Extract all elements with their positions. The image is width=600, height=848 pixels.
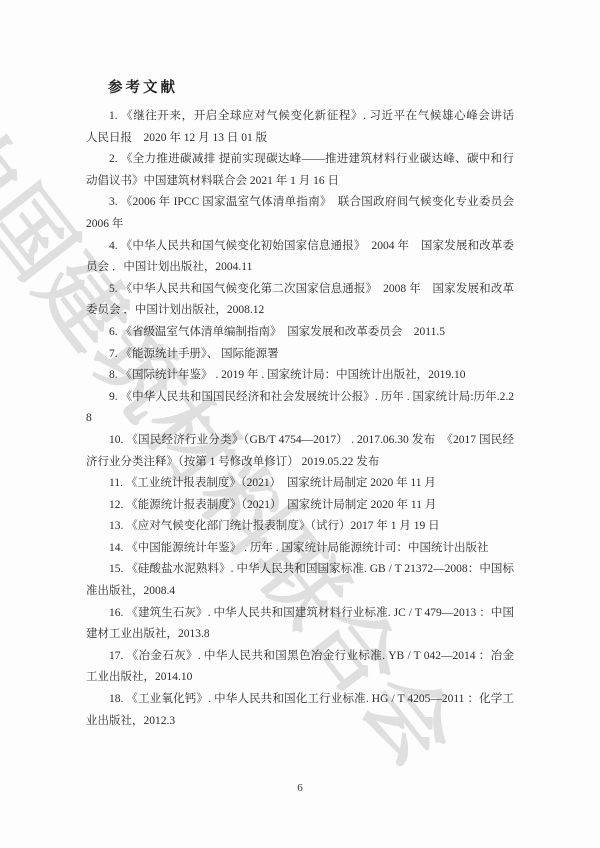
page-number: 6 bbox=[0, 782, 600, 794]
reference-item: 13. 《应对气候变化部门统计报表制度》（试行）2017 年 1 月 19 日 bbox=[86, 516, 514, 538]
reference-item: 8. 《国际统计年鉴》 . 2019 年 . 国家统计局：中国统计出版社，201… bbox=[86, 365, 514, 387]
reference-item: 11. 《工业统计报表制度》（2021） 国家统计局制定 2020 年 11 月 bbox=[86, 473, 514, 495]
reference-item: 14. 《中国能源统计年鉴》 . 历年 . 国家统计局能源统计司：中国统计出版社 bbox=[86, 538, 514, 560]
reference-item: 2. 《全力推进碳减排 提前实现碳达峰——推进建筑材料行业碳达峰、碳中和行动倡议… bbox=[86, 149, 514, 192]
page-title: 参考文献 bbox=[108, 76, 514, 97]
reference-item: 4. 《中华人民共和国气候变化初始国家信息通报》 2004 年 国家发展和改革委… bbox=[86, 236, 514, 279]
reference-item: 16. 《建筑生石灰》. 中华人民共和国建筑材料行业标准. JC / T 479… bbox=[86, 603, 514, 646]
reference-item: 3. 《2006 年 IPCC 国家温室气体清单指南》 联合国政府间气候变化专业… bbox=[86, 192, 514, 235]
reference-item: 12. 《能源统计报表制度》（2021） 国家统计局制定 2020 年 11 月 bbox=[86, 495, 514, 517]
reference-item: 10. 《国民经济行业分类》（GB/T 4754—2017） . 2017.06… bbox=[86, 430, 514, 473]
reference-item: 9. 《中华人民共和国国民经济和社会发展统计公报》. 历年 . 国家统计局:历年… bbox=[86, 387, 514, 430]
reference-item: 17. 《冶金石灰》. 中华人民共和国黑色冶金行业标准. YB / T 042—… bbox=[86, 646, 514, 689]
reference-item: 6. 《省级温室气体清单编制指南》 国家发展和改革委员会 2011.5 bbox=[86, 322, 514, 344]
references-section: 参考文献 1. 《继往开来，开启全球应对气候变化新征程》. 习近平在气候雄心峰会… bbox=[86, 76, 514, 732]
reference-item: 18. 《工业氧化钙》. 中华人民共和国化工行业标准. HG / T 4205—… bbox=[86, 689, 514, 732]
document-page: 中国建筑材料联合会 参考文献 1. 《继往开来，开启全球应对气候变化新征程》. … bbox=[0, 0, 600, 848]
reference-item: 7. 《能源统计手册》、 国际能源署 bbox=[86, 344, 514, 366]
reference-item: 15. 《硅酸盐水泥熟料》. 中华人民共和国国家标准. GB / T 21372… bbox=[86, 559, 514, 602]
reference-item: 5. 《中华人民共和国气候变化第二次国家信息通报》 2008 年 国家发展和改革… bbox=[86, 279, 514, 322]
reference-item: 1. 《继往开来，开启全球应对气候变化新征程》. 习近平在气候雄心峰会讲话 人民… bbox=[86, 106, 514, 149]
